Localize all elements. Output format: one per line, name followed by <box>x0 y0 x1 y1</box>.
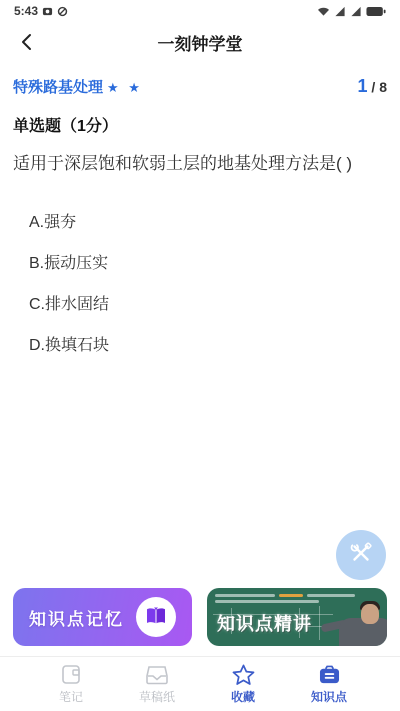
tools-icon <box>348 540 374 571</box>
option-b[interactable]: B.振动压实 <box>13 241 387 282</box>
nav-item-draft-paper[interactable]: 草稿纸 <box>133 663 181 705</box>
options-list: A.强夯 B.振动压实 C.排水固结 D.换填石块 <box>13 200 387 364</box>
question-type-label: 单选题（1分） <box>13 113 387 136</box>
page-title: 一刻钟学堂 <box>0 30 400 55</box>
draft-tray-icon <box>145 663 169 685</box>
knowledge-memory-label: 知识点记忆 <box>29 605 124 630</box>
nav-item-notes[interactable]: 笔记 <box>47 663 95 705</box>
difficulty-stars: ★ ★ <box>107 80 143 96</box>
chapter-title: 特殊路基处理 <box>13 76 103 97</box>
knowledge-board-icon <box>318 663 341 685</box>
pager-total: 8 <box>379 79 387 95</box>
open-book-icon <box>136 597 176 637</box>
wifi-icon <box>317 6 330 17</box>
clock: 5:43 <box>14 4 38 18</box>
question-text: 适用于深层饱和软弱土层的地基处理方法是( ) <box>13 150 387 178</box>
knowledge-video-card[interactable]: 知识点精讲 <box>207 588 387 646</box>
chapter-row: 特殊路基处理 ★ ★ 1 / 8 <box>13 76 387 97</box>
bottom-nav: 笔记 草稿纸 收藏 知识点 <box>0 656 400 711</box>
nav-label: 知识点 <box>311 688 347 705</box>
chalk-diagram-line <box>319 606 320 640</box>
nav-label: 草稿纸 <box>139 688 175 705</box>
question-pager: 1 / 8 <box>358 76 387 97</box>
chalk-text-decor <box>307 594 355 597</box>
star-icon <box>232 663 255 685</box>
tools-fab-button[interactable] <box>336 530 386 580</box>
nav-label: 笔记 <box>59 688 83 705</box>
silent-mode-icon <box>57 6 68 17</box>
nav-item-knowledge[interactable]: 知识点 <box>305 663 353 705</box>
option-d[interactable]: D.换填石块 <box>13 323 387 364</box>
knowledge-video-label: 知识点精讲 <box>217 610 312 636</box>
teacher-figure <box>335 600 387 646</box>
knowledge-memory-card[interactable]: 知识点记忆 <box>13 588 192 646</box>
pager-separator: / <box>368 79 380 95</box>
notebook-icon <box>60 663 82 685</box>
quiz-content: 特殊路基处理 ★ ★ 1 / 8 单选题（1分） 适用于深层饱和软弱土层的地基处… <box>0 76 400 364</box>
status-bar: 5:43 <box>0 0 400 22</box>
option-a[interactable]: A.强夯 <box>13 200 387 241</box>
chalk-text-decor <box>279 594 303 597</box>
chalk-text-decor <box>215 594 275 597</box>
signal-sim2-icon <box>350 6 362 17</box>
battery-icon <box>366 6 386 17</box>
nav-label: 收藏 <box>231 688 255 705</box>
nav-item-favorites[interactable]: 收藏 <box>219 663 267 705</box>
option-c[interactable]: C.排水固结 <box>13 282 387 323</box>
signal-sim1-icon <box>334 6 346 17</box>
chalk-text-decor <box>215 600 319 603</box>
promo-cards: 知识点记忆 知识点精讲 <box>0 588 400 646</box>
pager-current: 1 <box>358 76 368 96</box>
title-bar: 一刻钟学堂 <box>0 22 400 62</box>
screenshot-icon <box>42 6 53 17</box>
